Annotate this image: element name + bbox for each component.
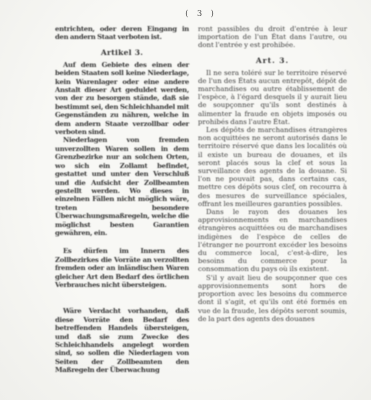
page-number: ( 3 ) xyxy=(55,9,347,18)
german-article-heading: Artikel 3. xyxy=(55,48,189,57)
german-paragraph-3: Es dürfen im Innern des Zollbezirkes die… xyxy=(55,247,189,289)
french-paragraph-4: S'il y avait lieu de soupçonner que ces … xyxy=(198,274,347,323)
french-paragraph-2: Les dépôts de marchandises étrangères no… xyxy=(198,126,347,208)
german-paragraph-2: Niederlagen von fremden unverzollten War… xyxy=(55,136,189,237)
german-continuation-paragraph: entrichten, oder deren Eingang in den an… xyxy=(55,25,189,42)
french-column: ront passibles du droit d'entrée à leur … xyxy=(198,25,347,375)
german-column: entrichten, oder deren Eingang in den an… xyxy=(55,25,189,375)
french-article-heading: Art. 3. xyxy=(198,56,347,65)
scanned-page: ( 3 ) entrichten, oder deren Eingang in … xyxy=(0,0,371,400)
french-paragraph-3: Dans le rayon des douanes les approvisio… xyxy=(198,208,347,274)
text-columns: entrichten, oder deren Eingang in den an… xyxy=(55,25,347,375)
french-paragraph-1: Il ne sera toléré sur le territoire rése… xyxy=(198,69,347,126)
german-paragraph-1: Auf dem Gebiete des einen der beiden Sta… xyxy=(55,61,189,137)
french-continuation-paragraph: ront passibles du droit d'entrée à leur … xyxy=(198,25,347,50)
german-paragraph-4: Wäre Verdacht vorhanden, daß diese Vorrä… xyxy=(55,307,189,374)
